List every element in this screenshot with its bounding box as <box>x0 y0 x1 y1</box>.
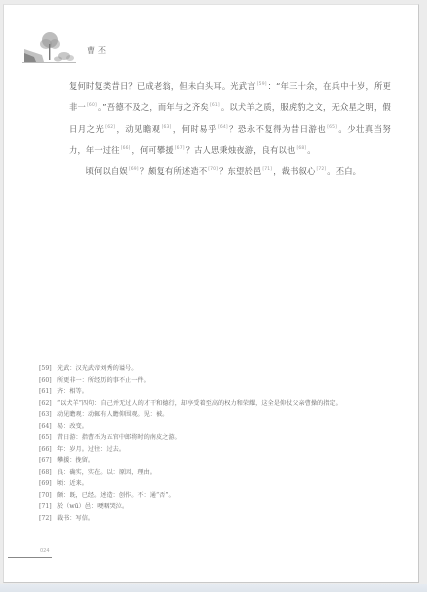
footnote-number: [72] <box>39 513 57 525</box>
footnote-item: [66]年：岁月。过往：过去。 <box>39 444 399 456</box>
footnote-number: [66] <box>39 444 57 456</box>
footnote-text: 光武：汉光武帝刘秀的谥号。 <box>57 363 399 375</box>
footnote-number: [69] <box>39 478 57 490</box>
footnote-number: [59] <box>39 363 57 375</box>
footnote-item: [60]所更非一：所经历的事不止一件。 <box>39 375 399 387</box>
footnote-item: [61]齐：相等。 <box>39 386 399 398</box>
body-text-segment: ？颇复有所述造不 <box>140 166 208 176</box>
footnote-number: [63] <box>39 409 57 421</box>
main-text: 复何时复类昔日？已成老翁，但未白头耳。光武言[59]：“年三十余，在兵中十岁，所… <box>69 75 391 181</box>
footnote-ref[interactable]: [62] <box>105 125 115 130</box>
page-number-rule <box>8 557 52 558</box>
body-text-segment: ，何可攀援 <box>132 145 174 155</box>
running-head-author: 曹丕 <box>87 45 109 56</box>
footnotes: [59]光武：汉光武帝刘秀的谥号。[60]所更非一：所经历的事不止一件。[61]… <box>39 363 399 524</box>
footnote-text: “以犬羊”四句：自己并无过人的才干和德行，却享受着至高的权力和荣耀，这全是仰仗父… <box>57 398 399 410</box>
footnote-number: [64] <box>39 421 57 433</box>
footnote-ref[interactable]: [68] <box>296 146 306 151</box>
footnote-ref[interactable]: [72] <box>316 167 326 172</box>
footnote-ref[interactable]: [61] <box>210 103 220 108</box>
body-text-segment: ，裁书叙心 <box>273 166 315 176</box>
footnote-item: [68]良：确实，实在。以：原因，理由。 <box>39 467 399 479</box>
footnote-text: 年：岁月。过往：过去。 <box>57 444 399 456</box>
document-page: 曹丕 复何时复类昔日？已成老翁，但未白头耳。光武言[59]：“年三十余，在兵中十… <box>3 4 419 583</box>
footnote-item: [59]光武：汉光武帝刘秀的谥号。 <box>39 363 399 375</box>
footnote-number: [71] <box>39 501 57 513</box>
footnote-text: 昔日游：指曹丕为五官中郎将时的南皮之游。 <box>57 432 399 444</box>
footnote-ref[interactable]: [59] <box>257 82 267 87</box>
footnote-item: [63]动见瞻观：动辄有人瞻仰围观。见：被。 <box>39 409 399 421</box>
footnote-number: [60] <box>39 375 57 387</box>
footnote-item: [64]易：改变。 <box>39 421 399 433</box>
footnote-item: [65]昔日游：指曹丕为五官中郎将时的南皮之游。 <box>39 432 399 444</box>
footnote-number: [65] <box>39 432 57 444</box>
footnote-text: 良：确实，实在。以：原因，理由。 <box>57 467 399 479</box>
footnote-ref[interactable]: [66] <box>121 146 131 151</box>
viewer-status-strip <box>0 584 427 592</box>
footnote-text: 齐：相等。 <box>57 386 399 398</box>
page-number: 024 <box>40 548 50 554</box>
footnote-number: [67] <box>39 455 57 467</box>
footnote-number: [70] <box>39 490 57 502</box>
footnote-ref[interactable]: [67] <box>175 146 185 151</box>
footnote-number: [62] <box>39 398 57 410</box>
footnote-number: [68] <box>39 467 57 479</box>
footnote-item: [69]顷：近来。 <box>39 478 399 490</box>
footnote-text: 攀援：挽留。 <box>57 455 399 467</box>
footnote-ref[interactable]: [63] <box>162 125 172 130</box>
footnote-item: [71]於（wū）邑：哽咽哭泣。 <box>39 501 399 513</box>
footnote-text: 易：改变。 <box>57 421 399 433</box>
footnote-ref[interactable]: [64] <box>218 125 228 130</box>
footnote-ref[interactable]: [69] <box>129 167 139 172</box>
body-text-segment: 复何时复类昔日？已成老翁，但未白头耳。光武言 <box>69 81 256 91</box>
footnote-item: [70]颇：既，已经。述造：创作。不：通“否”。 <box>39 490 399 502</box>
body-text-segment: ？古人思秉烛夜游，良有以也 <box>186 145 296 155</box>
body-paragraph: 顷何以自娱[69]？颇复有所述造不[70]？东望於邑[71]，裁书叙心[72]。… <box>69 160 391 181</box>
footnote-item: [72]裁书：写信。 <box>39 513 399 525</box>
footnote-number: [61] <box>39 386 57 398</box>
footnote-text: 颇：既，已经。述造：创作。不：通“否”。 <box>57 490 399 502</box>
footnote-ref[interactable]: [71] <box>262 167 272 172</box>
body-text-segment: ？恐永不复得为昔日游也 <box>229 124 326 134</box>
landscape-tree-illustration <box>20 29 78 65</box>
footnote-ref[interactable]: [60] <box>87 103 97 108</box>
footnote-ref[interactable]: [65] <box>327 125 337 130</box>
footnote-ref[interactable]: [70] <box>208 167 218 172</box>
body-text-segment: 。”吾德不及之，而年与之齐矣 <box>98 102 209 112</box>
body-text-segment: ，动见瞻观 <box>116 124 160 134</box>
body-text-segment: 。丕白。 <box>327 166 361 176</box>
footnote-text: 所更非一：所经历的事不止一件。 <box>57 375 399 387</box>
body-text-segment: 。 <box>307 145 315 155</box>
footnote-text: 於（wū）邑：哽咽哭泣。 <box>57 501 399 513</box>
footnote-text: 裁书：写信。 <box>57 513 399 525</box>
body-text-segment: ？东望於邑 <box>219 166 261 176</box>
footnote-item: [62]“以犬羊”四句：自己并无过人的才干和德行，却享受着至高的权力和荣耀，这全… <box>39 398 399 410</box>
body-text-segment: ，何时易乎 <box>172 124 216 134</box>
body-text-segment: 顷何以自娱 <box>86 166 128 176</box>
footnote-item: [67]攀援：挽留。 <box>39 455 399 467</box>
body-paragraph: 复何时复类昔日？已成老翁，但未白头耳。光武言[59]：“年三十余，在兵中十岁，所… <box>69 75 391 160</box>
footnote-text: 顷：近来。 <box>57 478 399 490</box>
footnote-text: 动见瞻观：动辄有人瞻仰围观。见：被。 <box>57 409 399 421</box>
